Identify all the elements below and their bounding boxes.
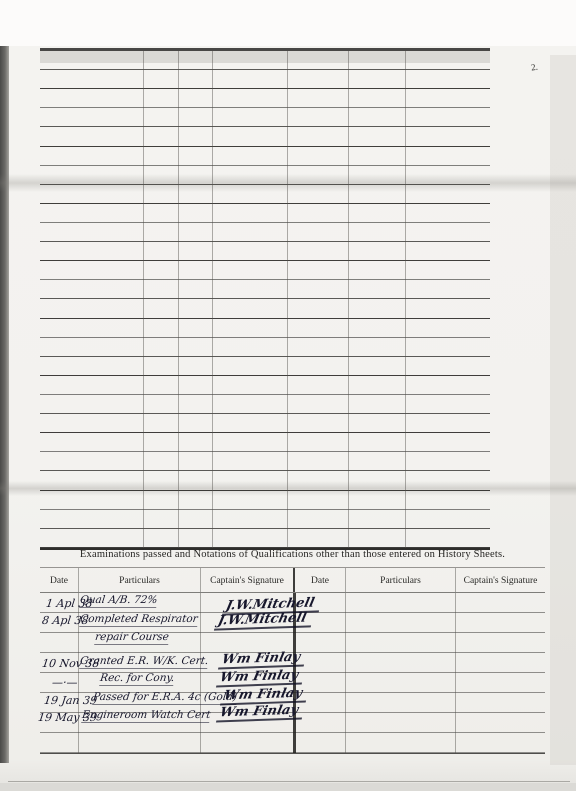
top-table-row [40, 108, 490, 127]
page-bottom-edge [0, 783, 576, 791]
top-table-column-divider [143, 51, 144, 548]
top-table-row [40, 529, 490, 548]
examinations-table-column-divider [455, 593, 456, 753]
handwritten-signature: Wm Finlay [216, 704, 306, 723]
top-table-row [40, 471, 490, 490]
top-table-row [40, 166, 490, 185]
top-table-row [40, 127, 490, 146]
header-date-1: Date [40, 568, 78, 592]
top-table-row [40, 261, 490, 280]
header-particulars-1: Particulars [78, 568, 200, 592]
top-table-row [40, 70, 490, 89]
binding-edge-strip [0, 46, 9, 763]
top-table-row [40, 414, 490, 433]
top-table-row [40, 147, 490, 166]
top-table-row [40, 395, 490, 414]
header-date-2: Date [293, 568, 345, 592]
section-heading: Examinations passed and Notations of Qua… [40, 549, 545, 560]
handwritten-date: —·— [51, 677, 78, 688]
handwritten-signature: Wm Finlay [218, 651, 308, 670]
examinations-table-header: Date Particulars Captain's Signature Dat… [40, 568, 545, 593]
top-table-row [40, 491, 490, 510]
top-table-row [40, 357, 490, 376]
handwritten-particulars: Passed for E.R.A. 4c (Gold) [92, 692, 237, 705]
handwritten-particulars: Rec. for Cony. [99, 673, 175, 686]
page-bottom-rule [8, 781, 570, 782]
examinations-table-column-divider [345, 593, 346, 753]
top-table-row [40, 433, 490, 452]
top-table-row [40, 89, 490, 108]
page-top-margin [0, 0, 576, 46]
top-table-column-divider [287, 51, 288, 548]
top-table-column-divider [178, 51, 179, 548]
handwritten-particulars: Completed Respirator [79, 614, 198, 627]
handwritten-signature: Wm Finlay [216, 669, 306, 688]
top-table-row [40, 338, 490, 357]
top-table-row [40, 510, 490, 529]
top-table-row [40, 452, 490, 471]
top-table-column-divider [405, 51, 406, 548]
handwritten-particulars: repair Course [94, 632, 169, 645]
top-table-row [40, 280, 490, 299]
scan-smudge [40, 51, 490, 63]
top-table-row [40, 204, 490, 223]
handwritten-particulars: Qual A/B. 72% [79, 595, 158, 608]
top-table-column-divider [212, 51, 213, 548]
top-table-row [40, 299, 490, 318]
empty-ruled-table [40, 48, 490, 550]
page-right-shading [550, 55, 576, 765]
header-particulars-2: Particulars [345, 568, 455, 592]
scanned-record-page: 2. Examinations passed and Notations of … [0, 0, 576, 791]
examinations-table-column-divider [200, 593, 201, 753]
header-signature-2: Captain's Signature [455, 568, 545, 592]
header-signature-1: Captain's Signature [200, 568, 293, 592]
handwritten-particulars: Engineroom Watch Cert [81, 710, 211, 723]
top-table-row [40, 242, 490, 261]
top-table-row [40, 223, 490, 242]
page-number-mark: 2. [530, 62, 538, 73]
top-table-row [40, 376, 490, 395]
handwritten-particulars: Granted E.R. W/K. Cert. [79, 656, 209, 669]
top-table-column-divider [348, 51, 349, 548]
top-table-row [40, 319, 490, 338]
top-table-row [40, 185, 490, 204]
handwritten-date: 19 Jan 39 [43, 695, 97, 706]
